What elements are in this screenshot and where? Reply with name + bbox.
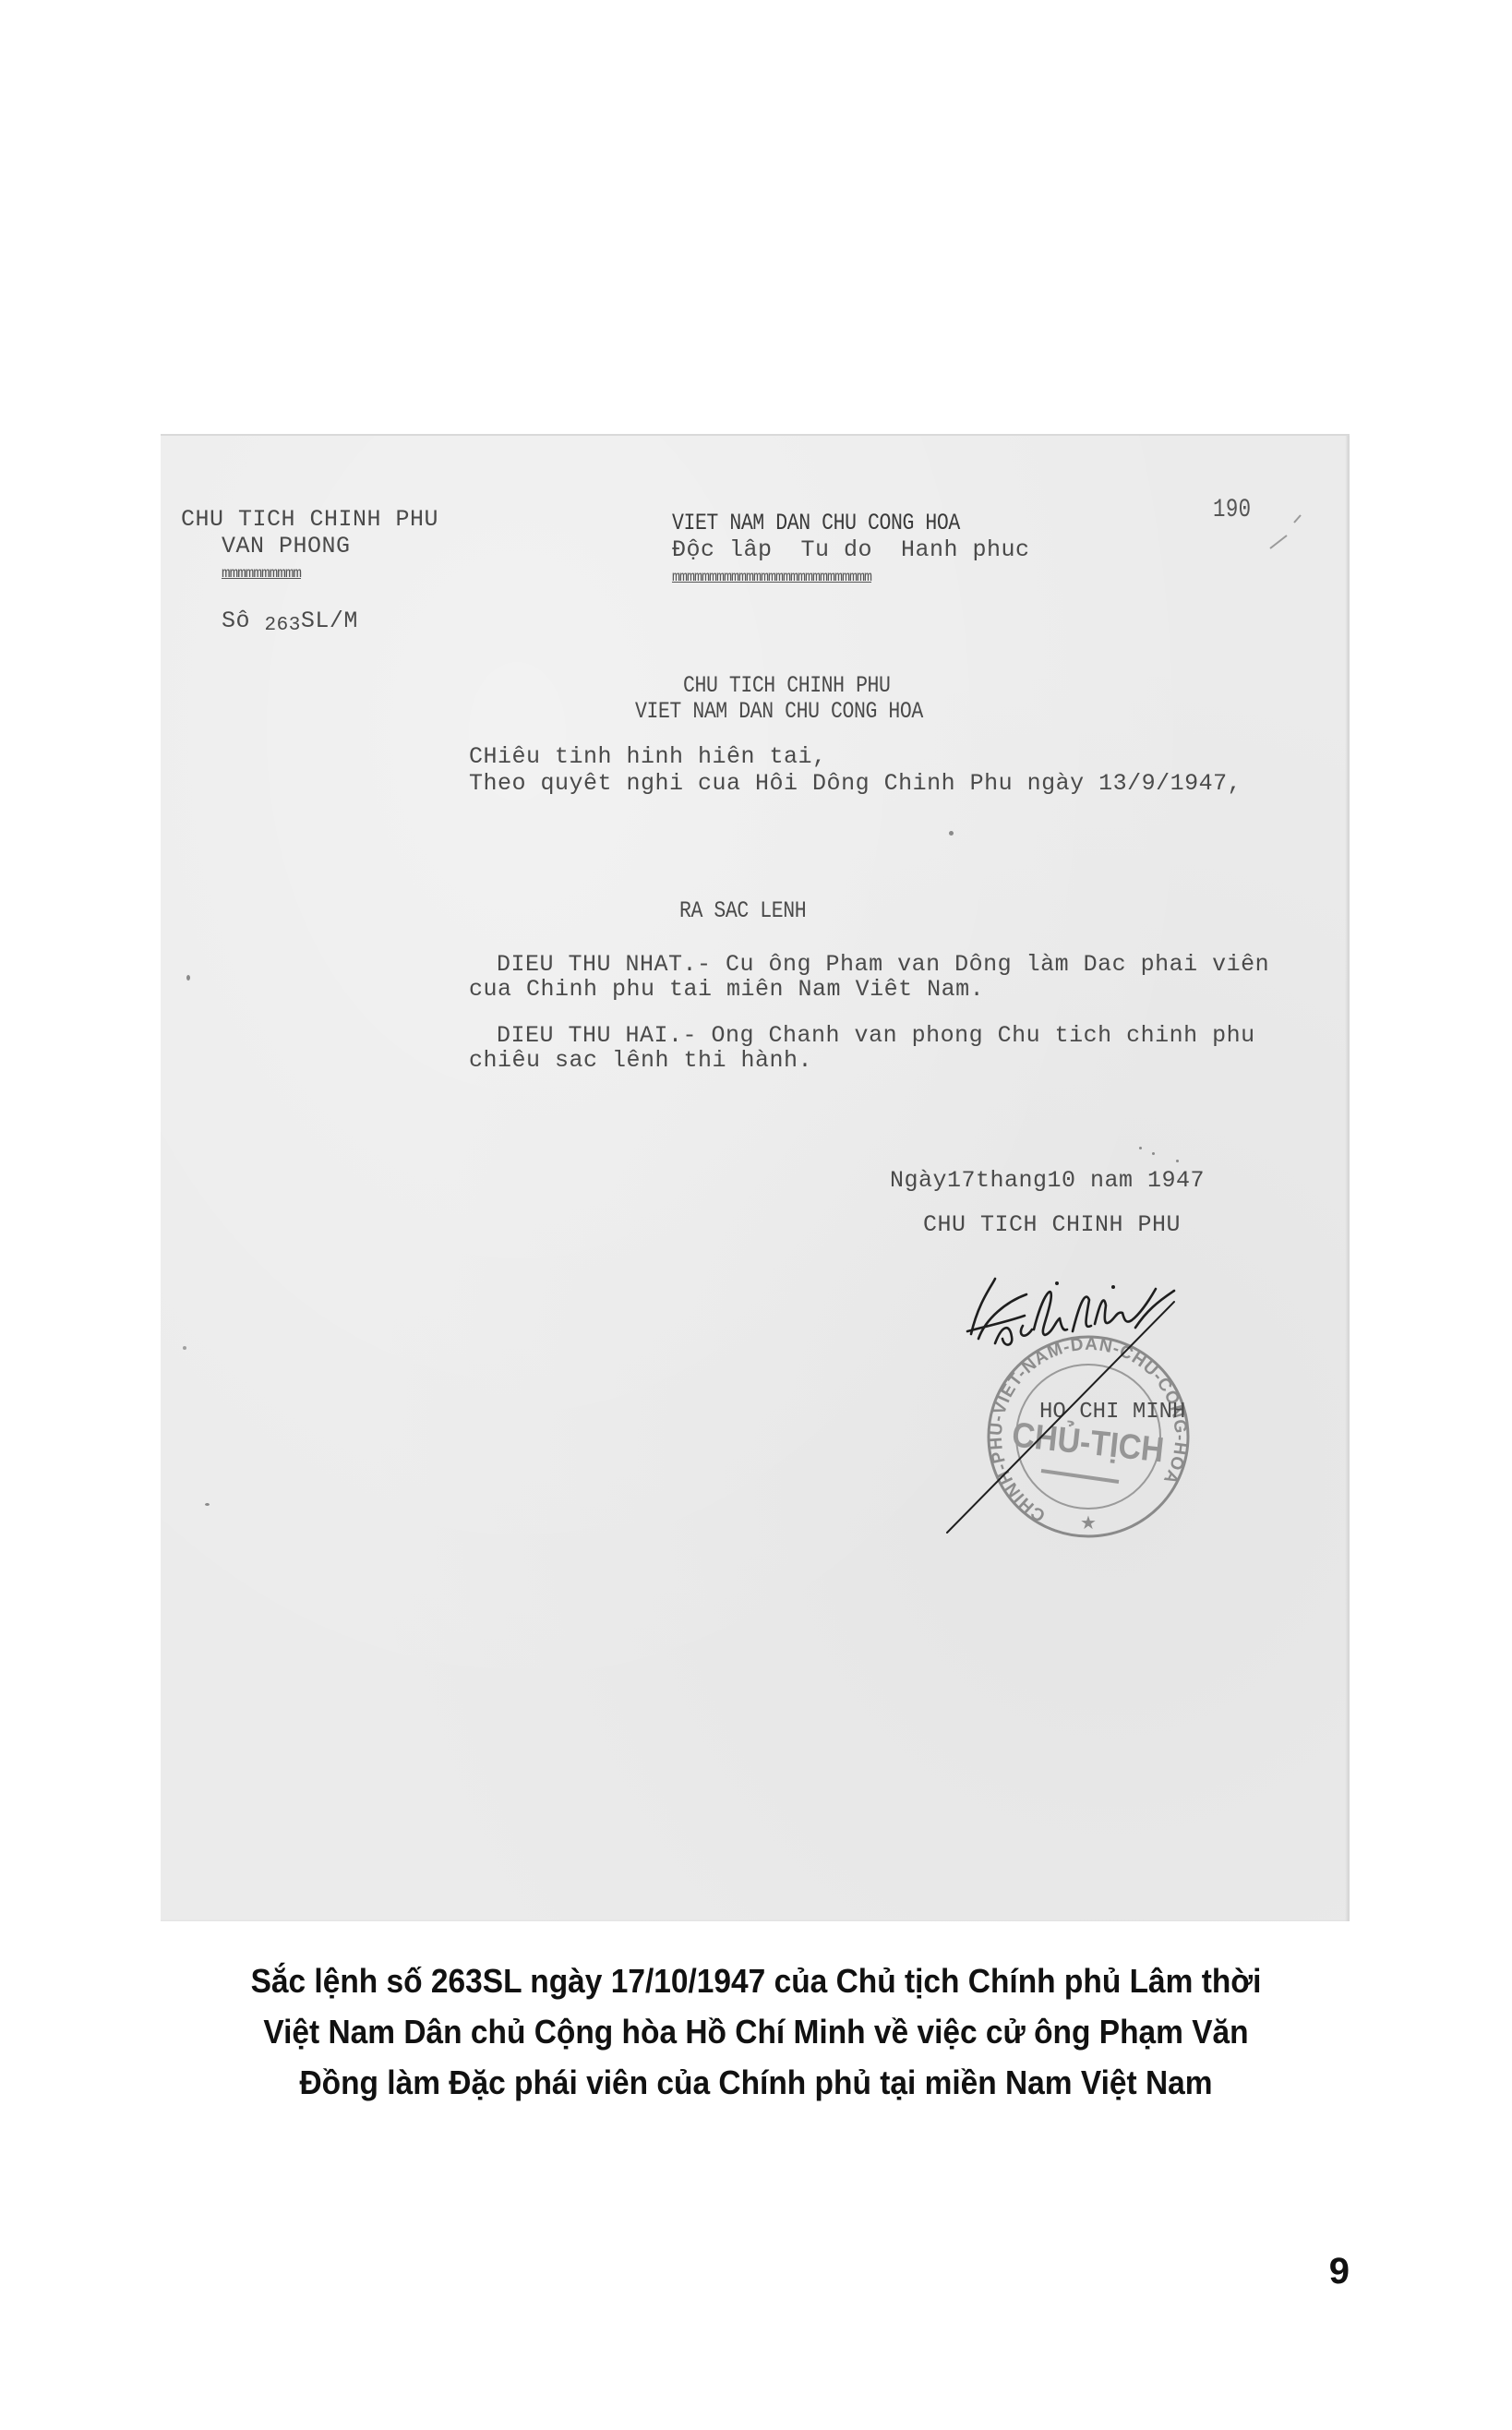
page-number: 9 bbox=[1329, 2251, 1350, 2292]
national-motto: Độc lâp Tu do Hanh phuc bbox=[672, 536, 1030, 563]
scanned-decree-document: CHU TICH CHINH PHU VAN PHONG mmmmmmmmmm … bbox=[161, 434, 1350, 1921]
pencil-mark-icon bbox=[1250, 508, 1305, 563]
ink-dot bbox=[949, 831, 954, 836]
preamble-line-1: CHiêu tinh hinh hiên tai, bbox=[469, 743, 827, 770]
speck bbox=[1176, 1160, 1179, 1162]
title-line-2: VIET NAM DAN CHU CONG HOA bbox=[635, 698, 923, 725]
national-name: VIET NAM DAN CHU CONG HOA bbox=[672, 510, 960, 536]
margin-mark bbox=[205, 1503, 210, 1506]
issuer-rule: mmmmmmmmmm bbox=[222, 565, 301, 582]
article-1-line-1: DIEU THU NHAT.- Cu ông Pham van Dông làm… bbox=[497, 951, 1269, 978]
preamble-line-2: Theo quyêt nghi cua Hôi Dông Chinh Phu n… bbox=[469, 770, 1242, 797]
article-2-line-1: DIEU THU HAI.- Ong Chanh van phong Chu t… bbox=[497, 1022, 1255, 1049]
caption-line-3: Đồng làm Đặc phái viên của Chính phủ tại… bbox=[156, 2057, 1356, 2108]
article-2-line-2: chiêu sac lênh thi hành. bbox=[469, 1047, 812, 1074]
margin-mark bbox=[183, 1346, 186, 1350]
archive-number: 190 bbox=[1213, 497, 1252, 523]
figure-caption: Sắc lệnh số 263SL ngày 17/10/1947 của Ch… bbox=[156, 1955, 1356, 2108]
margin-mark bbox=[186, 975, 190, 980]
title-line-1: CHU TICH CHINH PHU bbox=[683, 672, 891, 699]
speck bbox=[1152, 1152, 1155, 1155]
issuer-line-2: VAN PHONG bbox=[222, 533, 351, 559]
document-number: Sô 263SL/M bbox=[222, 607, 358, 636]
handwritten-signature bbox=[942, 1265, 1218, 1542]
signatory-title: CHU TICH CHINH PHU bbox=[923, 1211, 1181, 1238]
issuer-line-1: CHU TICH CHINH PHU bbox=[181, 506, 438, 533]
caption-line-1: Sắc lệnh số 263SL ngày 17/10/1947 của Ch… bbox=[156, 1955, 1356, 2006]
caption-line-2: Việt Nam Dân chủ Cộng hòa Hồ Chí Minh về… bbox=[156, 2006, 1356, 2057]
national-rule: mmmmmmmmmmmmmmmmmmmmmmmmmmm bbox=[672, 569, 871, 585]
article-1-line-2: cua Chinh phu tai miên Nam Viêt Nam. bbox=[469, 976, 984, 1003]
speck bbox=[1139, 1147, 1142, 1149]
decree-heading: RA SAC LENH bbox=[679, 897, 806, 924]
date-line: Ngày17thang10 nam 1947 bbox=[890, 1167, 1205, 1194]
